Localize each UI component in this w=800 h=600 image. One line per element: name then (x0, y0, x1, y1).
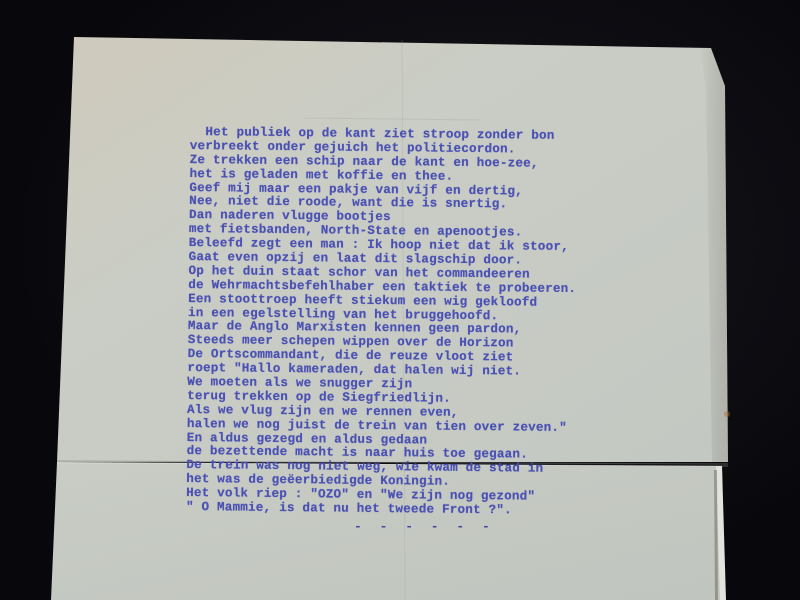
faint-bleedthrough-title (305, 104, 475, 116)
end-divider: - - - - - - (354, 519, 495, 534)
poem-text: Het publiek op de kant ziet stroop zonde… (186, 126, 610, 519)
